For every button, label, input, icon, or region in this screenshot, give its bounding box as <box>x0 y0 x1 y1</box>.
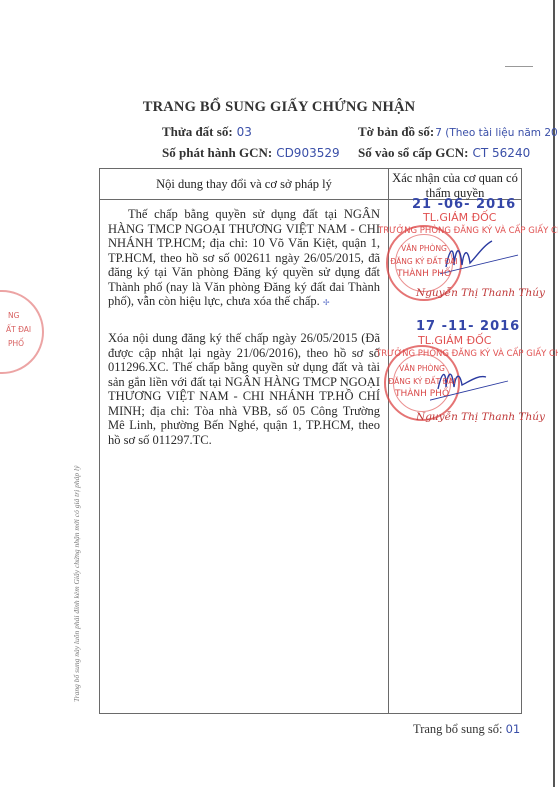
table-row-1-content: Thế chấp bằng quyền sử dụng đất tại NGÂN… <box>108 207 380 311</box>
left-seal-line-2: ẤT ĐAI <box>6 324 31 335</box>
row-1-stamp-date: 21 -06- 2016 <box>412 197 516 212</box>
left-seal-line-3: PHỐ <box>8 338 24 349</box>
row-1-seal-line-1: VĂN PHÒNG <box>388 243 460 254</box>
gcn-issue-label: Số phát hành GCN: <box>162 145 272 160</box>
row-2-seal-line-2: ĐĂNG KÝ ĐẤT ĐAI <box>386 376 458 387</box>
footer-label: Trang bổ sung số: <box>413 722 502 736</box>
parcel-number-field: Thửa đất số:03 <box>162 124 252 140</box>
row-1-signer-name: Nguyễn Thị Thanh Thúy <box>416 287 545 299</box>
row-1-stamp-title: TL.GIÁM ĐỐC <box>423 211 497 224</box>
row-2-signer-name: Nguyễn Thị Thanh Thúy <box>416 411 545 423</box>
footer-value: 01 <box>506 722 521 736</box>
map-sheet-field: Tờ bản đồ số:7 (Theo tài liệu năm 2005 <box>358 124 558 140</box>
document-title: TRANG BỔ SUNG GIẤY CHỨNG NHẬN <box>0 99 558 116</box>
scan-mark <box>505 66 533 67</box>
row-2-stamp-date: 17 -11- 2016 <box>416 319 520 334</box>
gcn-issue-field: Số phát hành GCN:CD903529 <box>162 145 340 161</box>
scan-edge-line <box>553 0 555 787</box>
handwritten-mark-icon: ✢ <box>323 298 330 307</box>
row-2-seal-icon: VĂN PHÒNG ĐĂNG KÝ ĐẤT ĐAI THÀNH PHỐ <box>384 345 460 421</box>
partial-seal-stamp: NG ẤT ĐAI PHỐ <box>0 290 44 374</box>
header-content-column: Nội dung thay đổi và cơ sở pháp lý <box>100 169 388 199</box>
row-1-text: Thế chấp bằng quyền sử dụng đất tại NGÂN… <box>108 207 380 308</box>
row-2-seal-line-3: THÀNH PHỐ <box>386 389 458 400</box>
gcn-entry-label: Số vào sổ cấp GCN: <box>358 145 469 160</box>
row-1-seal-line-2: ĐĂNG KÝ ĐẤT ĐAI <box>388 256 460 267</box>
supplement-page-number: Trang bổ sung số: 01 <box>413 722 520 737</box>
parcel-number-value: 03 <box>237 125 252 139</box>
amendment-table: Nội dung thay đổi và cơ sở pháp lý Xác n… <box>99 168 522 714</box>
row-2-seal-line-1: VĂN PHÒNG <box>386 363 458 374</box>
row-1-seal-line-3: THÀNH PHỐ <box>388 269 460 280</box>
gcn-entry-value: CT 56240 <box>473 146 531 160</box>
gcn-entry-field: Số vào sổ cấp GCN:CT 56240 <box>358 145 530 161</box>
map-sheet-value: 7 (Theo tài liệu năm 2005 <box>435 127 558 139</box>
left-seal-line-1: NG <box>8 310 19 321</box>
parcel-number-label: Thửa đất số: <box>162 124 233 139</box>
side-validity-note: Trang bổ sung này luôn phải đính kèm Giấ… <box>72 466 81 702</box>
gcn-issue-value: CD903529 <box>276 146 339 160</box>
table-row-2-content: Xóa nội dung đăng ký thế chấp ngày 26/05… <box>108 331 380 447</box>
map-sheet-label: Tờ bản đồ số: <box>358 124 434 139</box>
